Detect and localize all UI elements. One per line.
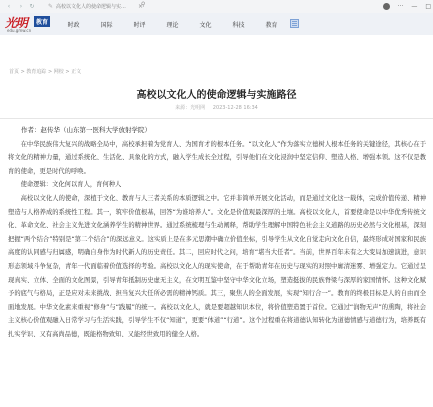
article-subheading: 使命逻辑：文化何以育人，育何种人 [8,178,426,192]
browser-tab[interactable]: ✎ 高校以文化人的使命逻辑与实... × [48,1,143,12]
edit-icon: ✎ [48,3,53,10]
nav-item-culture[interactable]: 文化 [189,20,222,29]
minimize-icon[interactable]: — [411,3,417,10]
browser-toolbar: ‹ › ↻ ✎ 高校以文化人的使命逻辑与实... × ⚲ ··· — □ [0,0,433,13]
reload-icon[interactable]: ↻ [27,3,37,10]
nav-item-technology[interactable]: 科技 [222,20,255,29]
nav-item-international[interactable]: 国际 [90,20,123,29]
menu-icon[interactable] [290,19,299,28]
maximize-icon[interactable]: □ [425,3,431,10]
window-controls: ··· — □ [383,0,433,13]
article-title: 高校以文化人的使命逻辑与实施路径 [0,86,433,101]
article-body: 作者：赵传华（山东第一医科大学放射学院） 在中华民族伟大复兴的战略全局中，高校承… [8,124,426,342]
nav-item-theory[interactable]: 理论 [156,20,189,29]
main-nav: 时政 国际 时评 理论 文化 科技 教育 [57,13,288,35]
article-paragraph: 高校以文化人的使命，深植于文化、教育与人三者关系的本质逻辑之中。它并非简单开展文… [8,192,426,342]
article-paragraph: 在中华民族伟大复兴的战略全局中，高校承担着为党育人、为国育才的根本任务。“以文化… [8,138,426,179]
nav-item-politics[interactable]: 时政 [57,20,90,29]
back-icon[interactable]: ‹ [4,3,14,10]
article-datetime: 2023-12-28 16:34 [213,105,258,111]
more-icon[interactable]: ··· [398,3,404,10]
site-logo[interactable]: 光明 教育 edu.gmw.cn [5,14,51,34]
tab-title: 高校以文化人的使命逻辑与实... [56,3,136,10]
profile-icon[interactable] [383,3,390,10]
article-author: 作者：赵传华（山东第一医科大学放射学院） [8,124,426,138]
nav-item-education[interactable]: 教育 [255,20,288,29]
logo-badge: 教育 [34,16,50,27]
divider [0,118,433,119]
breadcrumb[interactable]: 首页 > 教育追踪 > 网校 > 正文 [9,68,81,75]
site-header: 光明 教育 edu.gmw.cn 时政 国际 时评 理论 文化 科技 教育 [0,13,433,35]
article-source: 来源：光明网 [175,105,205,111]
logo-domain: edu.gmw.cn [7,28,31,33]
search-icon[interactable]: ⚲ [141,1,145,8]
article-meta: 来源：光明网 2023-12-28 16:34 [0,104,433,111]
nav-item-commentary[interactable]: 时评 [123,20,156,29]
forward-icon[interactable]: › [16,3,26,10]
